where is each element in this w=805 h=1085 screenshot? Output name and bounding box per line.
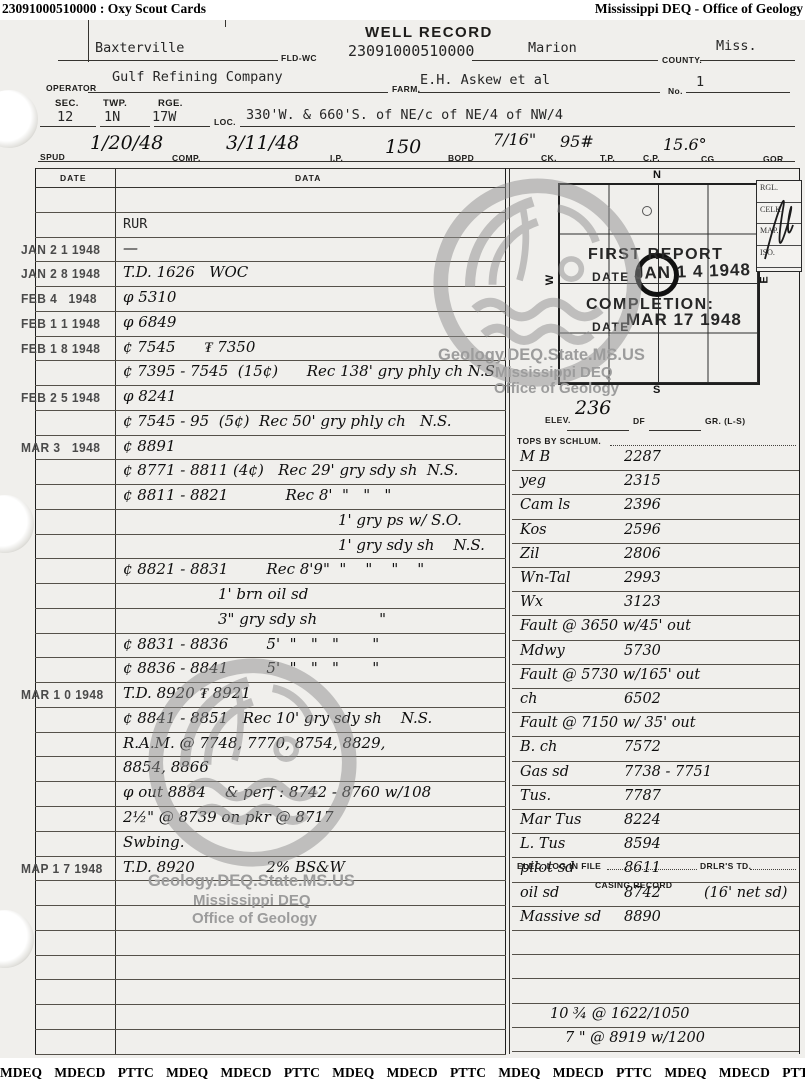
log-entry-text: ¢ 8811 - 8821 Rec 8' " " " (123, 486, 391, 504)
farm-value: E.H. Askew et al (420, 72, 550, 88)
sec-underline (40, 126, 96, 127)
watermark-agency-text: Mississippi DEQ (495, 364, 613, 381)
ip-value: 150 (385, 136, 421, 158)
tops-row: Zil2806 (512, 543, 799, 568)
compass-east-label: E (759, 276, 771, 283)
tops-row: Fault @ 3650 w/45' out (512, 615, 799, 640)
tops-row: Wn-Tal2993 (512, 567, 799, 592)
bopd-value: 7/16" (493, 130, 536, 149)
log-date-stamp: MAP 1 7 1948 (21, 861, 103, 876)
watermark-url-text: Geology.DEQ.State.MS.US (438, 346, 645, 365)
card-edge-artifact (88, 20, 89, 62)
well-no-label: No. (668, 86, 683, 96)
tops-row (512, 954, 799, 979)
field-name-value: Baxterville (95, 40, 184, 56)
farm-label: FARM. (392, 84, 420, 94)
tops-row: Gas sd7738 - 7751 (512, 761, 799, 786)
county-value: Marion (528, 40, 577, 56)
log-row: MAR 3 1948¢ 8891 (35, 435, 506, 461)
log-entry-text: φ 5310 (123, 288, 176, 306)
watermark-agency-text: Mississippi DEQ (193, 892, 311, 909)
rge-value: 17W (152, 109, 176, 125)
log-entry-text: 1' gry ps w/ S.O. (338, 511, 462, 529)
well-no-value: 1 (696, 74, 704, 90)
ck-value: 95# (560, 132, 594, 151)
log-row: ¢ 7545 - 95 (5¢) Rec 50' gry phly ch N.S… (35, 410, 506, 436)
tops-row: Mar Tus8224 (512, 809, 799, 834)
elev-value: 236 (575, 397, 611, 419)
hole-punch (0, 910, 34, 968)
processing-stamp-box: RGL. CELK. MAP. ISO. (756, 180, 802, 272)
tops-note-text: 7 " @ 8919 w/1200 (565, 1030, 705, 1046)
footer-bar: MDEQ MDECD PTTC MDEQ MDECD PTTC MDEQ MDE… (0, 1058, 805, 1085)
operator-value: Gulf Refining Company (112, 69, 283, 85)
tops-row (512, 930, 799, 955)
formation-depth: 5730 (624, 643, 661, 659)
formation-name: Wx (520, 594, 543, 610)
elec-log-label: ELEC. LOG IN FILE (517, 861, 601, 871)
state-value: Miss. (716, 38, 757, 54)
card-edge-artifact (225, 20, 226, 27)
form-title: WELL RECORD (365, 24, 493, 41)
tops-row: L. Tus8594 (512, 833, 799, 858)
log-entry-text: ¢ 8891 (123, 437, 176, 455)
log-entry-text: 1' gry sdy sh N.S. (338, 536, 485, 554)
tops-note-text: Fault @ 7150 w/ 35' out (520, 715, 696, 731)
formation-name: Wn-Tal (520, 570, 570, 586)
log-entry-text: T.D. 1626 WOC (123, 263, 248, 281)
formation-name: yeg (520, 473, 546, 489)
tops-row: Fault @ 5730 w/165' out (512, 664, 799, 689)
right-rows: M B2287yeg2315Cam ls2396Kos2596Zil2806Wn… (512, 446, 799, 1052)
formation-name: Kos (520, 522, 547, 538)
formation-depth: 2596 (624, 522, 661, 538)
log-date-stamp: FEB 2 5 1948 (21, 390, 100, 405)
log-row: ¢ 8811 - 8821 Rec 8' " " " (35, 484, 506, 510)
rge-label: RGE. (158, 98, 183, 109)
drlrs-td-label: DRLR'S TD. (700, 861, 751, 871)
tops-row: 10 ¾ @ 1622/1050 (512, 1003, 799, 1028)
comp-value: 3/11/48 (226, 132, 299, 154)
log-entry-text: — (123, 239, 138, 257)
log-date-stamp: JAN 2 1 1948 (21, 242, 100, 257)
casing-record-label: CASING RECORD (595, 880, 672, 890)
formation-depth: 6502 (624, 691, 661, 707)
farm-underline (418, 92, 660, 93)
log-entry-text: ¢ 7545 - 95 (5¢) Rec 50' gry phly ch N.S… (123, 412, 451, 430)
log-entry-text: ¢ 7545 ₮ 7350 (123, 338, 255, 357)
formation-name: M B (520, 449, 550, 465)
compass-south-label: S (653, 384, 660, 396)
formation-depth: 2315 (624, 473, 661, 489)
formation-name: Zil (520, 546, 539, 562)
data-column-header: DATA (295, 173, 321, 183)
twp-underline (100, 126, 150, 127)
signature-scribble (757, 181, 801, 269)
formation-depth: 8594 (624, 836, 661, 852)
hole-punch (0, 90, 38, 148)
log-entry-text: φ 6849 (123, 313, 176, 331)
watermark-office-text: Office of Geology (494, 380, 619, 397)
twp-value: 1N (104, 109, 120, 125)
log-date-stamp: FEB 1 8 1948 (21, 341, 100, 356)
log-entry-text: 3" gry sdy sh " (218, 610, 386, 628)
formation-depth: 2993 (624, 570, 661, 586)
tops-row: Cam ls2396 (512, 494, 799, 519)
formation-depth: 3123 (624, 594, 661, 610)
log-entry-text: 1' brn oil sd (218, 585, 308, 603)
log-date-stamp: FEB 1 1 1948 (21, 316, 100, 331)
sec-value: 12 (57, 109, 73, 125)
tops-row: Wx3123 (512, 591, 799, 616)
document-source: Mississippi DEQ - Office of Geology (595, 1, 803, 17)
tops-row: Tus.7787 (512, 785, 799, 810)
formation-depth: 7572 (624, 739, 661, 755)
formation-name: L. Tus (520, 836, 565, 852)
county-underline (472, 60, 658, 61)
formation-name: Massive sd (520, 909, 601, 925)
loc-label: LOC. (214, 117, 236, 127)
spud-value: 1/20/48 (90, 132, 163, 154)
formation-depth: 2396 (624, 497, 661, 513)
formation-depth: 2287 (624, 449, 661, 465)
log-row: 1' gry sdy sh N.S. (35, 534, 506, 560)
log-row: 1' gry ps w/ S.O. (35, 509, 506, 535)
loc-value: 330'W. & 660'S. of NE/c of NE/4 of NW/4 (246, 107, 563, 123)
scout-card-scan: WELL RECORD Baxterville FLD-WC 230910005… (0, 20, 805, 1058)
formation-name: Gas sd (520, 764, 569, 780)
formation-name: Tus. (520, 788, 551, 804)
formation-name: Cam ls (520, 497, 570, 513)
formation-name: ch (520, 691, 537, 707)
tops-row: yeg2315 (512, 470, 799, 495)
twp-label: TWP. (103, 98, 127, 109)
log-date-stamp: MAR 1 0 1948 (21, 687, 104, 702)
tops-row: 7 " @ 8919 w/1200 (512, 1027, 799, 1052)
watermark-url-text: Geology.DEQ.State.MS.US (148, 872, 355, 891)
tops-row (512, 978, 799, 1003)
formation-name: B. ch (520, 739, 557, 755)
formation-name: oil sd (520, 885, 559, 901)
log-date-stamp: MAR 3 1948 (21, 440, 100, 455)
log-row: 3" gry sdy sh " (35, 608, 506, 634)
county-label: COUNTY. (662, 55, 702, 65)
tops-by-schlum-label: TOPS BY SCHLUM. (517, 436, 601, 446)
elev-underline (567, 430, 629, 431)
top-bar: 23091000510000 : Oxy Scout Cards Mississ… (0, 0, 805, 20)
gor-label: GOR (763, 154, 784, 164)
log-row (35, 979, 506, 1005)
tops-row: Massive sd8890 (512, 906, 799, 931)
field-underline (58, 60, 278, 61)
formation-name: Mar Tus (520, 812, 581, 828)
log-row: ¢ 8821 - 8831 Rec 8'9" " " " " (35, 558, 506, 584)
log-row: 1' brn oil sd (35, 583, 506, 609)
formation-depth: 7738 - 7751 (624, 764, 712, 780)
log-row (35, 955, 506, 981)
hole-punch (0, 495, 34, 553)
rge-underline (154, 126, 210, 127)
fld-wc-label: FLD-WC (281, 53, 317, 63)
state-underline (700, 60, 795, 61)
mdeq-logo-watermark (140, 650, 365, 875)
tops-row: M B2287 (512, 446, 799, 471)
elec-log-line (607, 869, 697, 870)
log-date-stamp: FEB 4 1948 (21, 291, 97, 306)
operator-underline (88, 92, 388, 93)
cp-value: 15.6° (663, 135, 707, 154)
formation-depth: 8890 (624, 909, 661, 925)
loc-underline (240, 126, 795, 127)
log-entry-text: φ 8241 (123, 387, 176, 405)
formation-depth: 8224 (624, 812, 661, 828)
log-date-stamp: JAN 2 8 1948 (21, 266, 100, 281)
tops-row: B. ch7572 (512, 736, 799, 761)
formation-name: Mdwy (520, 643, 565, 659)
cg-label: CG (701, 154, 715, 164)
document-id-title: 23091000510000 : Oxy Scout Cards (2, 1, 206, 17)
log-row: ¢ 8771 - 8811 (4¢) Rec 29' gry sdy sh N.… (35, 459, 506, 485)
tops-note-text: 10 ¾ @ 1622/1050 (550, 1006, 690, 1022)
log-row (35, 1004, 506, 1030)
tops-row: Fault @ 7150 w/ 35' out (512, 712, 799, 737)
log-row (35, 930, 506, 956)
drlrs-td-line (750, 869, 796, 870)
formation-depth: 2806 (624, 546, 661, 562)
tops-note-text: Fault @ 5730 w/165' out (520, 667, 700, 683)
log-row (35, 1029, 506, 1055)
tops-row: Mdwy5730 (512, 640, 799, 665)
log-entry-text: ¢ 8771 - 8811 (4¢) Rec 29' gry sdy sh N.… (123, 461, 458, 479)
well-no-underline (686, 92, 790, 93)
formation-depth: 7787 (624, 788, 661, 804)
elev-label: ELEV. (545, 415, 571, 425)
first-report-date-value: JAN 1 4 1948 (634, 260, 752, 284)
api-number: 23091000510000 (348, 42, 474, 60)
date-column-header: DATE (60, 173, 87, 183)
tops-row: Kos2596 (512, 519, 799, 544)
tops-row: ch6502 (512, 688, 799, 713)
df-label: DF (633, 416, 645, 426)
log-entry-text: ¢ 8821 - 8831 Rec 8'9" " " " " (123, 560, 424, 578)
row-note: (16' net sd) (704, 885, 787, 901)
spud-line-underline (38, 161, 795, 162)
gr-label: GR. (L-S) (705, 416, 745, 426)
gr-underline (649, 430, 701, 431)
tops-note-text: Fault @ 3650 w/45' out (520, 618, 691, 634)
sec-label: SEC. (55, 98, 79, 109)
watermark-office-text: Office of Geology (192, 910, 317, 927)
compass-north-label: N (653, 169, 661, 181)
log-entry-text: RUR (123, 216, 147, 232)
